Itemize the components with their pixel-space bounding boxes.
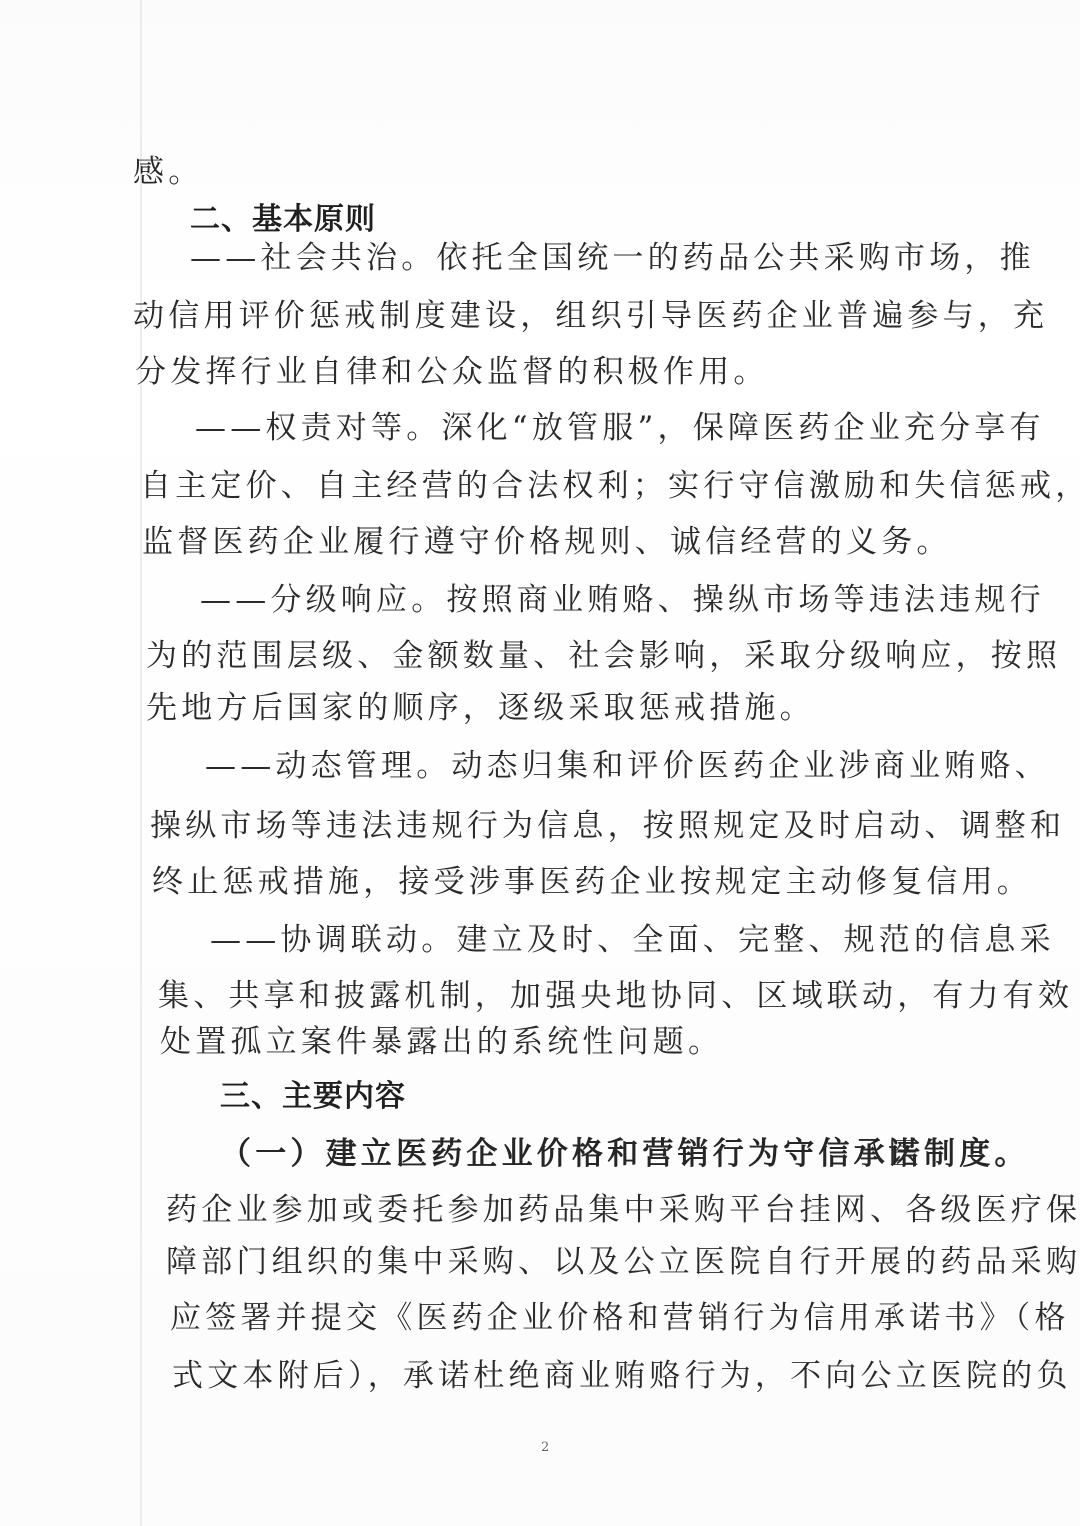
paragraph-line: 处置孤立案件暴露出的系统性问题。 <box>160 1022 723 1062</box>
paragraph-line: ——动态管理。动态归集和评价医药企业涉商业贿赂、 <box>205 746 1050 786</box>
paragraph-line: 监督医药企业履行遵守价格规则、诚信经营的义务。 <box>142 522 952 562</box>
paragraph-line: 障部门组织的集中采购、以及公立医院自行开展的药品采购， <box>166 1242 1080 1282</box>
paragraph-line: ——协调联动。建立及时、全面、完整、规范的信息采 <box>210 920 1055 960</box>
paragraph-line: ——分级响应。按照商业贿赂、操纵市场等违法违规行 <box>200 580 1045 620</box>
paragraph-line: 集、共享和披露机制，加强央地协同、区域联动，有力有效 <box>158 976 1073 1016</box>
paragraph-line: 式文本附后），承诺杜绝商业贿赂行为，不向公立医院的负 <box>172 1356 1072 1396</box>
section-heading-main-content: 三、主要内容 <box>220 1077 406 1117</box>
text-line-continuation: 感。 <box>133 152 203 192</box>
paragraph-line: 应签署并提交《医药企业价格和营销行为信用承诺书》（格 <box>170 1298 1070 1338</box>
page-number: 2 <box>541 1440 549 1455</box>
section-heading-basic-principles: 二、基本原则 <box>190 200 376 240</box>
paragraph-line: 药企业参加或委托参加药品集中采购平台挂网、各级医疗保 <box>166 1190 1080 1230</box>
paragraph-line: 动信用评价惩戒制度建设，组织引导医药企业普遍参与，充 <box>133 296 1048 336</box>
paragraph-line: 先地方后国家的顺序，逐级采取惩戒措施。 <box>146 688 815 728</box>
scan-artifact-line <box>140 0 142 1526</box>
paragraph-line: 操纵市场等违法违规行为信息，按照规定及时启动、调整和 <box>150 806 1065 846</box>
paragraph-line: 医 <box>888 1134 923 1174</box>
paragraph-line: 为的范围层级、金额数量、社会影响，采取分级响应，按照 <box>146 636 1061 676</box>
paragraph-line: 自主定价、自主经营的合法权利；实行守信激励和失信惩戒， <box>140 466 1080 506</box>
paragraph-line: 终止惩戒措施，接受涉事医药企业按规定主动修复信用。 <box>152 862 1032 902</box>
paragraph-line: 分发挥行业自律和公众监督的积极作用。 <box>135 352 769 392</box>
paragraph-line: ——社会共治。依托全国统一的药品公共采购市场，推 <box>190 238 1035 278</box>
document-page: 感。 二、基本原则 ——社会共治。依托全国统一的药品公共采购市场，推 动信用评价… <box>0 0 1080 1526</box>
paragraph-line: ——权责对等。深化“放管服”，保障医药企业充分享有 <box>195 408 1045 448</box>
